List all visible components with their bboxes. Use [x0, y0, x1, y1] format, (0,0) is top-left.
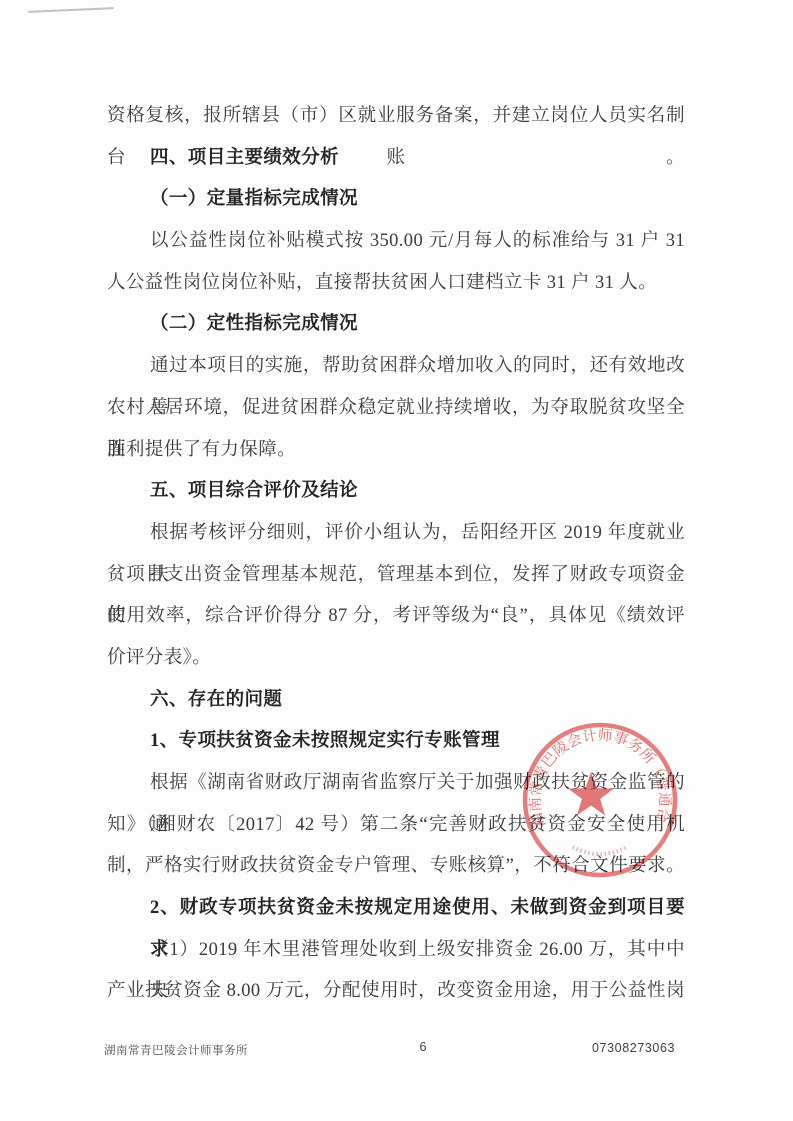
- text-line: （一）定量指标完成情况: [107, 179, 685, 221]
- text-line: 资格复核，报所辖县（市）区就业服务备案，并建立岗位人员实名制台账。: [107, 96, 685, 138]
- document-page: 资格复核，报所辖县（市）区就业服务备案，并建立岗位人员实名制台账。四、项目主要绩…: [0, 0, 793, 1121]
- scan-artifact-line: [28, 7, 114, 13]
- text-line: 产业扶贫资金 8.00 万元，分配使用时，改变资金用途，用于公益性岗: [107, 971, 685, 1013]
- text-line: 根据《湖南省财政厅湖南省监察厅关于加强财政扶贫资金监管的通: [107, 763, 685, 805]
- text-line: 使用效率，综合评价得分 87 分，考评等级为“良”，具体见《绩效评: [107, 596, 685, 638]
- text-line: 农村人居环境，促进贫困群众稳定就业持续增收，为夺取脱贫攻坚全面: [107, 388, 685, 430]
- text-line: 2、财政专项扶贫资金未按规定用途使用、未做到资金到项目要求: [107, 888, 685, 930]
- text-line: 价评分表》。: [107, 638, 685, 680]
- footer-report-code: 07308273063: [592, 1041, 675, 1055]
- text-line: 通过本项目的实施，帮助贫困群众增加收入的同时，还有效地改善: [107, 346, 685, 388]
- text-line: 六、存在的问题: [107, 680, 685, 722]
- text-line: 胜利提供了有力保障。: [107, 430, 685, 472]
- text-line: （二）定性指标完成情况: [107, 304, 685, 346]
- text-line: 1、专项扶贫资金未按照规定实行专账管理: [107, 721, 685, 763]
- text-line: （1）2019 年木里港管理处收到上级安排资金 26.00 万，其中中央: [107, 930, 685, 972]
- text-line: 五、项目综合评价及结论: [107, 471, 685, 513]
- footer-page-number: 6: [403, 1040, 443, 1054]
- text-line: 知》（湘财农〔2017〕42 号）第二条“完善财政扶贫资金安全使用机: [107, 805, 685, 847]
- footer-company-name: 湖南常青巴陵会计师事务所: [104, 1042, 248, 1058]
- text-line: 制，严格实行财政扶贫资金专户管理、专账核算”，不符合文件要求。: [107, 846, 685, 888]
- text-line: 人公益性岗位岗位补贴，直接帮扶贫困人口建档立卡 31 户 31 人。: [107, 263, 685, 305]
- text-line: 贫项目支出资金管理基本规范，管理基本到位，发挥了财政专项资金的: [107, 555, 685, 597]
- document-body: 资格复核，报所辖县（市）区就业服务备案，并建立岗位人员实名制台账。四、项目主要绩…: [107, 96, 685, 1013]
- text-line: 以公益性岗位补贴模式按 350.00 元/月每人的标准给与 31 户 31: [107, 221, 685, 263]
- text-line: 根据考核评分细则，评价小组认为，岳阳经开区 2019 年度就业扶: [107, 513, 685, 555]
